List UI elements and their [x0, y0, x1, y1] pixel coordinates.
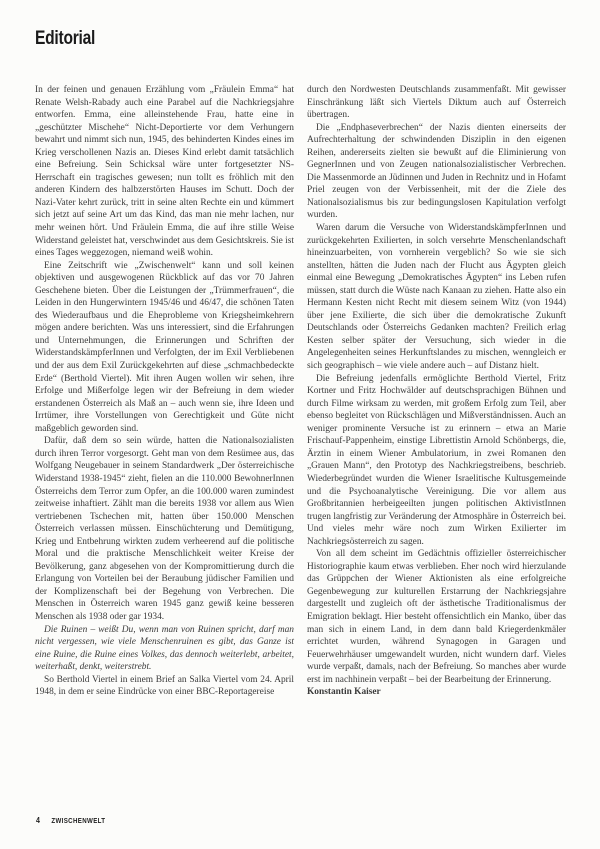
page-number: 4	[36, 816, 40, 825]
article-body: In der feinen und genauen Erzählung vom …	[35, 84, 566, 724]
paragraph: durch den Nordwesten Deutschlands zusamm…	[307, 84, 566, 122]
editorial-page: Editorial In der feinen und genauen Erzä…	[0, 0, 600, 849]
text-column-right: durch den Nordwesten Deutschlands zusamm…	[307, 84, 566, 724]
paragraph: Eine Zeitschrift wie „Zwischenwelt“ kann…	[35, 260, 294, 436]
author-signature: Konstantin Kaiser	[307, 686, 566, 699]
paragraph: Die „Endphaseverbrechen“ der Nazis dient…	[307, 122, 566, 222]
paragraph: Waren darum die Versuche von Widerstands…	[307, 222, 566, 373]
paragraph: Die Ruinen – weißt Du, wenn man von Ruin…	[35, 624, 294, 674]
journal-name: ZWISCHENWELT	[51, 818, 105, 825]
paragraph: In der feinen und genauen Erzählung vom …	[35, 84, 294, 260]
paragraph: So Berthold Viertel in einem Brief an Sa…	[35, 674, 294, 699]
page-footer: 4 ZWISCHENWELT	[36, 816, 105, 825]
paragraph: Von all dem scheint im Gedächtnis offizi…	[307, 548, 566, 686]
paragraph: Dafür, daß dem so sein würde, hatten die…	[35, 435, 294, 623]
text-column-left: In der feinen und genauen Erzählung vom …	[35, 84, 294, 724]
page-title: Editorial	[35, 28, 95, 50]
paragraph: Die Befreiung jedenfalls ermöglichte Ber…	[307, 373, 566, 549]
